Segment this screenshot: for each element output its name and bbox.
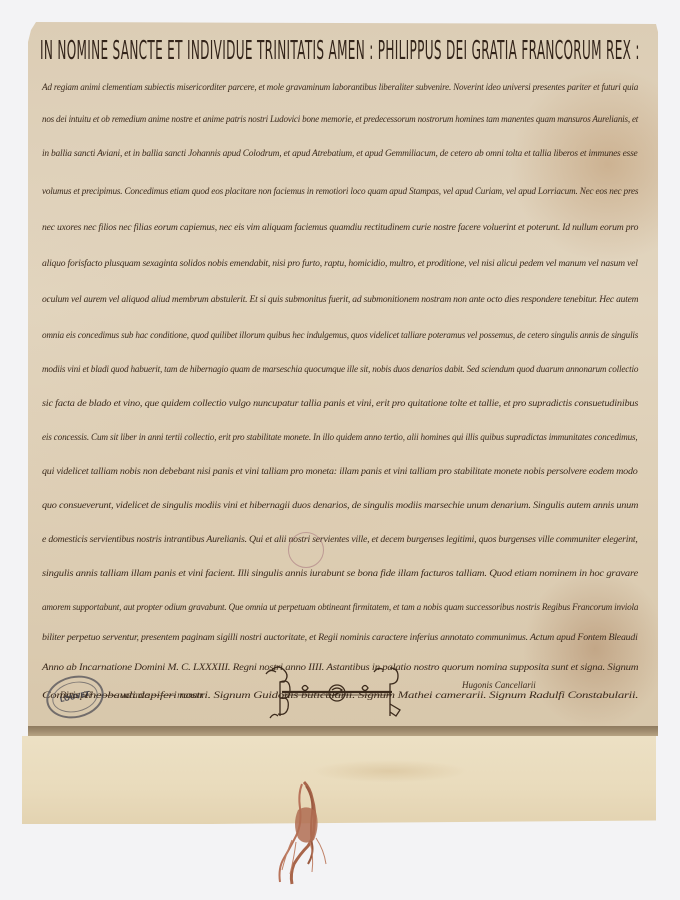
text-line-9: modiis vini et bladi quod habuerit, tam … — [42, 364, 638, 374]
text-line-15: singulis annis talliam illam panis et vi… — [42, 568, 638, 578]
text-line-11: eis concessis. Cum sit liber in anni ter… — [42, 432, 638, 442]
text-line-10: sic facta de blado et vino, que quidem c… — [42, 398, 638, 408]
text-line-16: amorem supportabunt, aut propter odium g… — [42, 602, 638, 612]
silk-seal-cord-icon — [272, 780, 336, 890]
text-line-13: quo consueverunt, videlicet de singulis … — [42, 500, 638, 510]
text-line-1: Ad regiam animi clementiam subiectis mis… — [42, 82, 638, 92]
text-line-5: nec uxores nec filios nec filias eorum c… — [42, 222, 638, 232]
text-line-8: omnia eis concedimus sub hac conditione,… — [42, 330, 638, 340]
text-line-12: qui videlicet talliam nobis non debebant… — [42, 466, 638, 476]
charter-parchment — [28, 22, 658, 734]
royal-monogram-icon — [262, 664, 412, 722]
stamp-label: LOUVET — [59, 690, 91, 704]
faint-library-stamp — [288, 532, 324, 568]
text-line-7: oculum vel aurem vel aliquod aliud membr… — [42, 294, 638, 304]
text-line-3: in ballia sancti Aviani, et in ballia sa… — [42, 148, 638, 158]
text-line-14: e domesticis servientibus nostris intran… — [42, 534, 638, 544]
datum-clause-right: Hugonis Cancellarii — [462, 680, 536, 690]
text-line-2: nos dei intuitu et ob remedium anime nos… — [42, 114, 638, 124]
plica-fold-line — [28, 726, 658, 736]
invocation-title-line: IN NOMINE SANCTE ET INDIVIDUE TRINITATIS… — [40, 36, 640, 66]
plica-folded-bottom — [22, 736, 656, 824]
text-line-17: biliter perpetuo serventur, presentem pa… — [42, 632, 638, 642]
text-line-4: volumus et precipimus. Concedimus etiam … — [42, 186, 638, 196]
text-line-6: aliquo forisfacto plusquam sexaginta sol… — [42, 258, 638, 268]
